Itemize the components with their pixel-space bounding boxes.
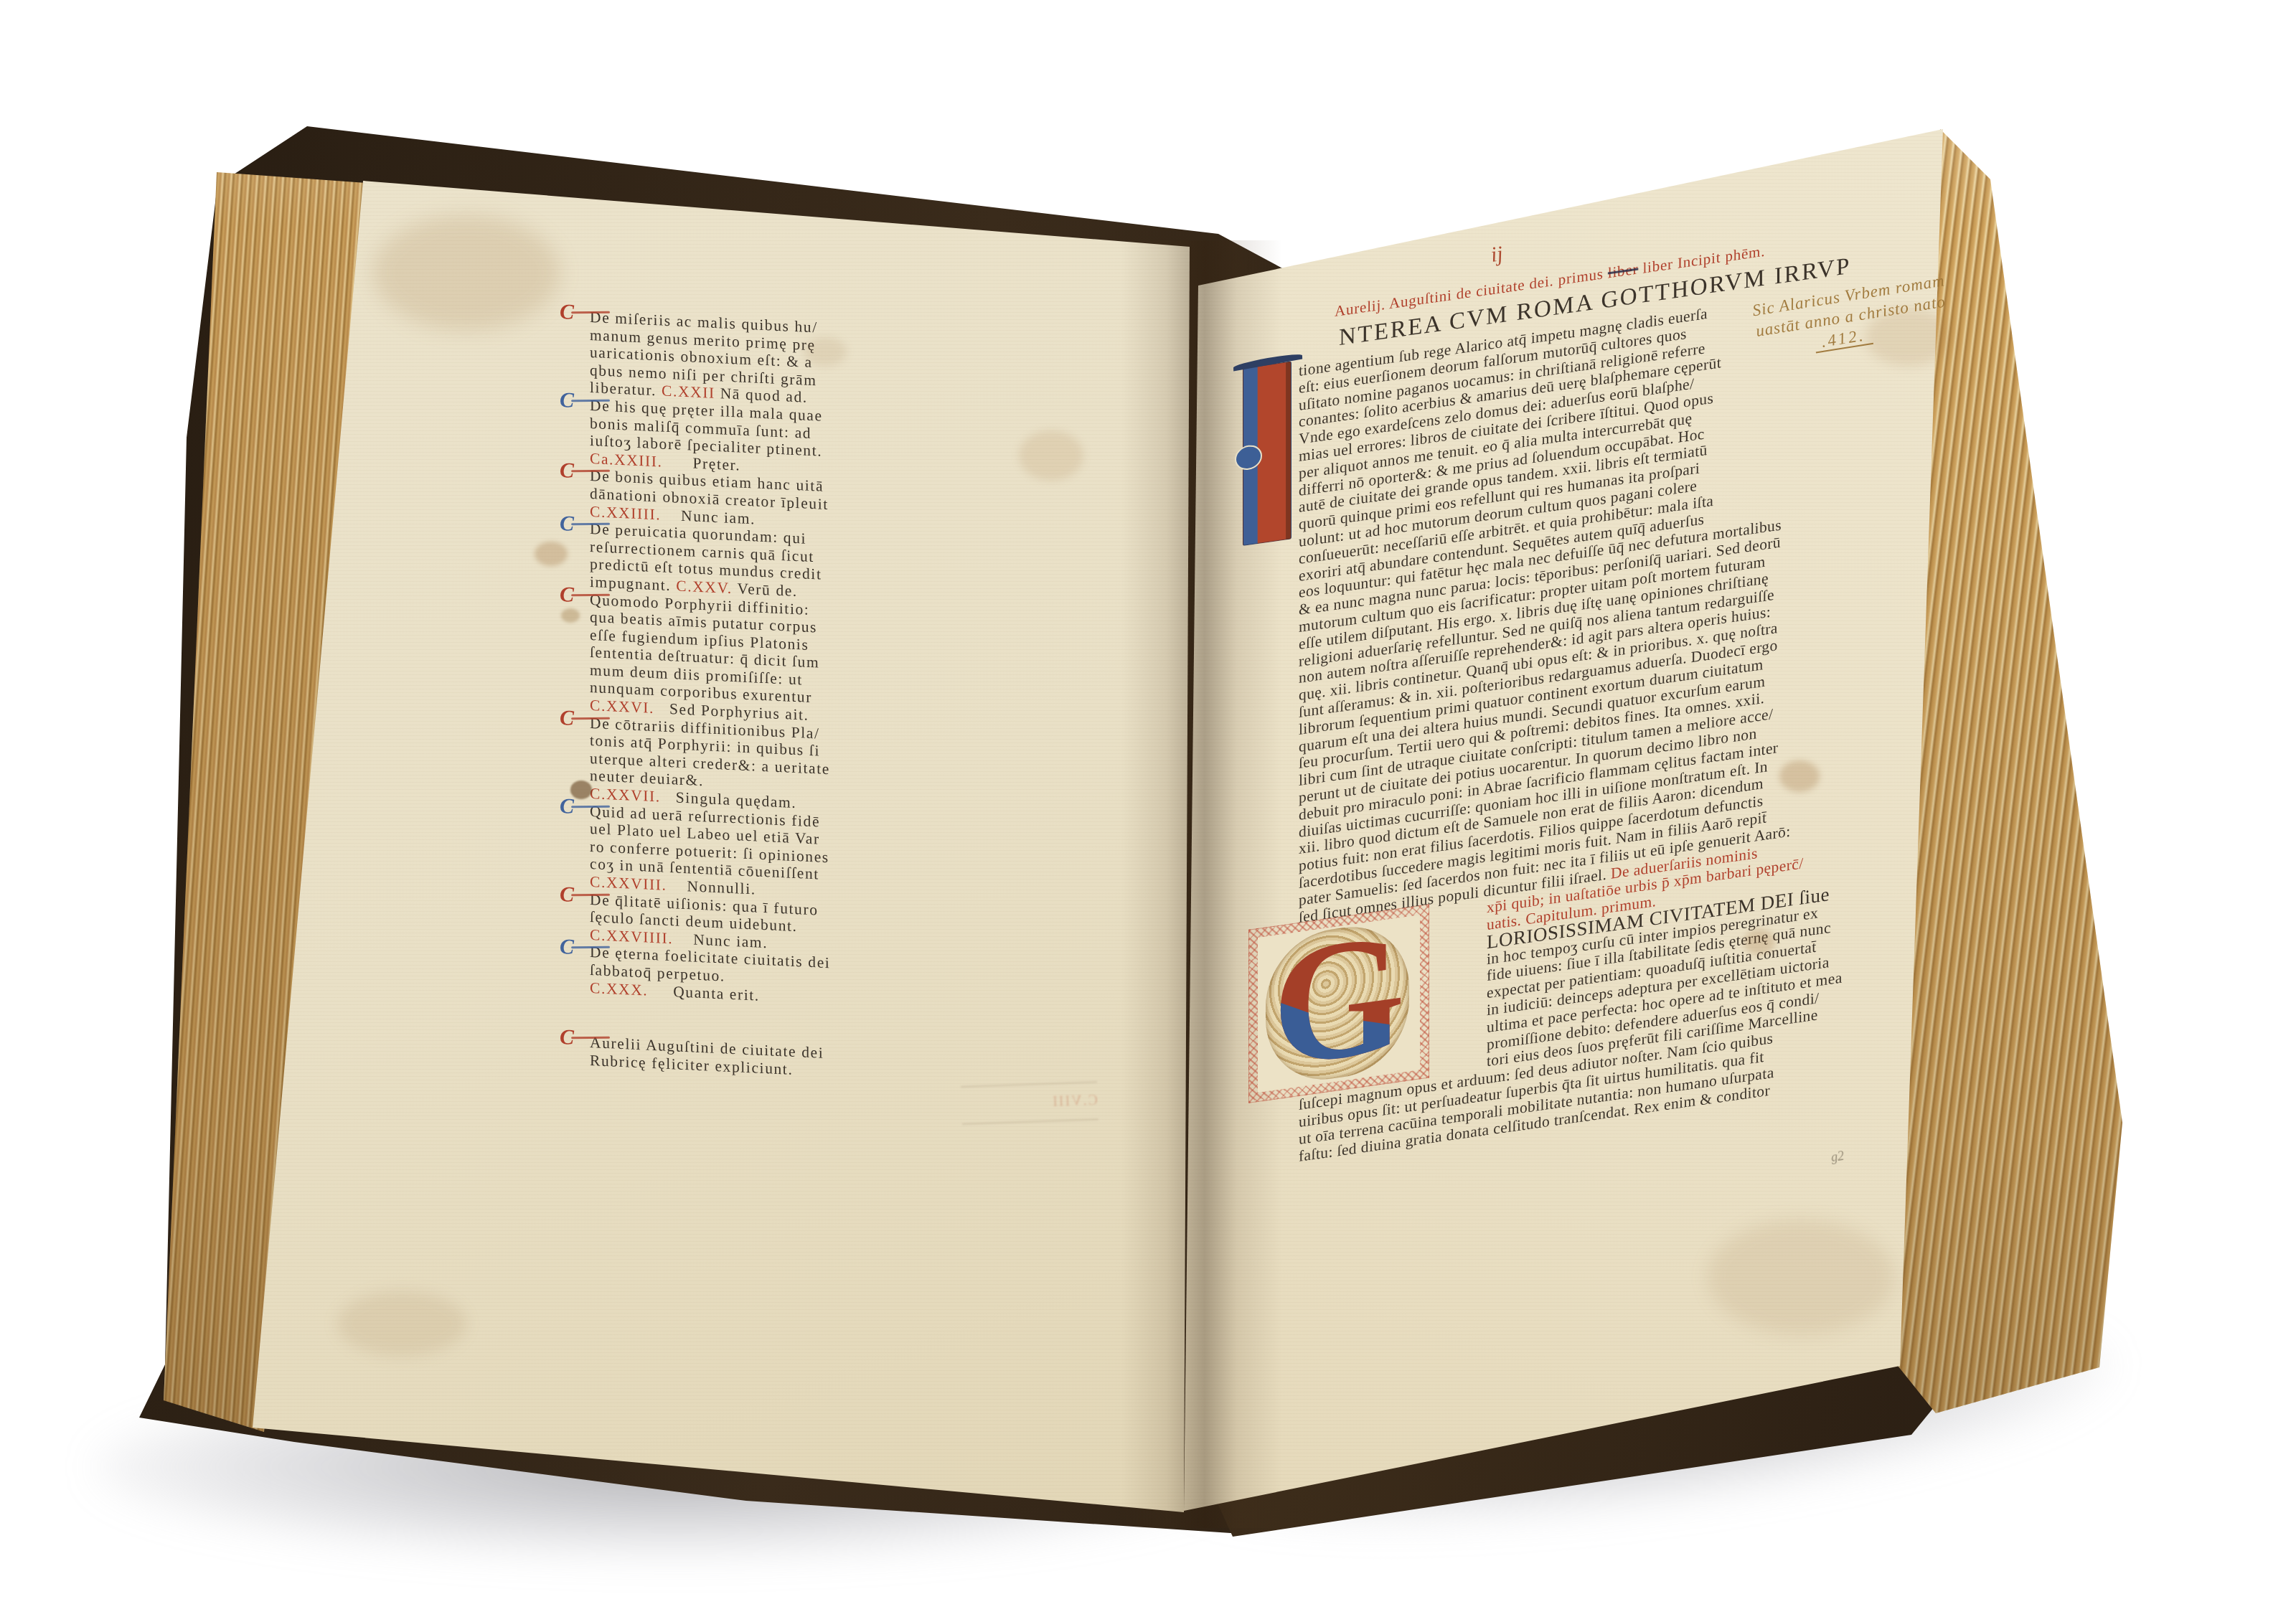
text-segment: C.XXV. bbox=[671, 577, 737, 597]
paraph-mark: C bbox=[560, 303, 575, 322]
paraph-mark: C bbox=[560, 1029, 575, 1047]
text-segment: C.XXII bbox=[657, 382, 720, 402]
paraph-mark: C bbox=[560, 798, 575, 816]
text-segment: C.XXVII. bbox=[590, 785, 661, 805]
quire-mark: g2 bbox=[1830, 1149, 1845, 1165]
paraph-mark: C bbox=[560, 392, 575, 410]
paraph-mark: C bbox=[560, 938, 575, 957]
show-through-text: C.VIII bbox=[925, 1072, 1099, 1136]
paraph-mark: C bbox=[560, 515, 575, 534]
text-segment: C.XXX. bbox=[590, 979, 648, 999]
paraph-mark: C bbox=[560, 709, 575, 728]
paraph-mark: C bbox=[560, 886, 575, 905]
text-segment: liber bbox=[1608, 260, 1638, 281]
paraph-mark: C bbox=[560, 462, 575, 481]
book-photo: C.VIII CDe miſeriis ac malis quibus hu/m… bbox=[0, 0, 2296, 1622]
main-text-column: Aurelij. Auguſtini de ciuitate dei. prim… bbox=[1299, 223, 1905, 1165]
show-through-line bbox=[961, 1081, 1097, 1088]
illuminated-initial-g: G G bbox=[1248, 904, 1429, 1103]
show-through-line bbox=[962, 1118, 1098, 1126]
text-segment: Verū de. bbox=[737, 580, 797, 600]
text-segment: C.XXVI. bbox=[590, 697, 654, 717]
text-segment: C.XXIIII. bbox=[590, 503, 661, 524]
illuminated-initial-i bbox=[1243, 361, 1291, 546]
paraph-mark: C bbox=[560, 586, 575, 605]
chapter-rubric-list: CDe miſeriis ac malis quibus hu/manum ge… bbox=[590, 308, 916, 1084]
text-segment: liberatur. bbox=[590, 379, 657, 399]
show-through-label: C.VIII bbox=[1051, 1093, 1098, 1110]
